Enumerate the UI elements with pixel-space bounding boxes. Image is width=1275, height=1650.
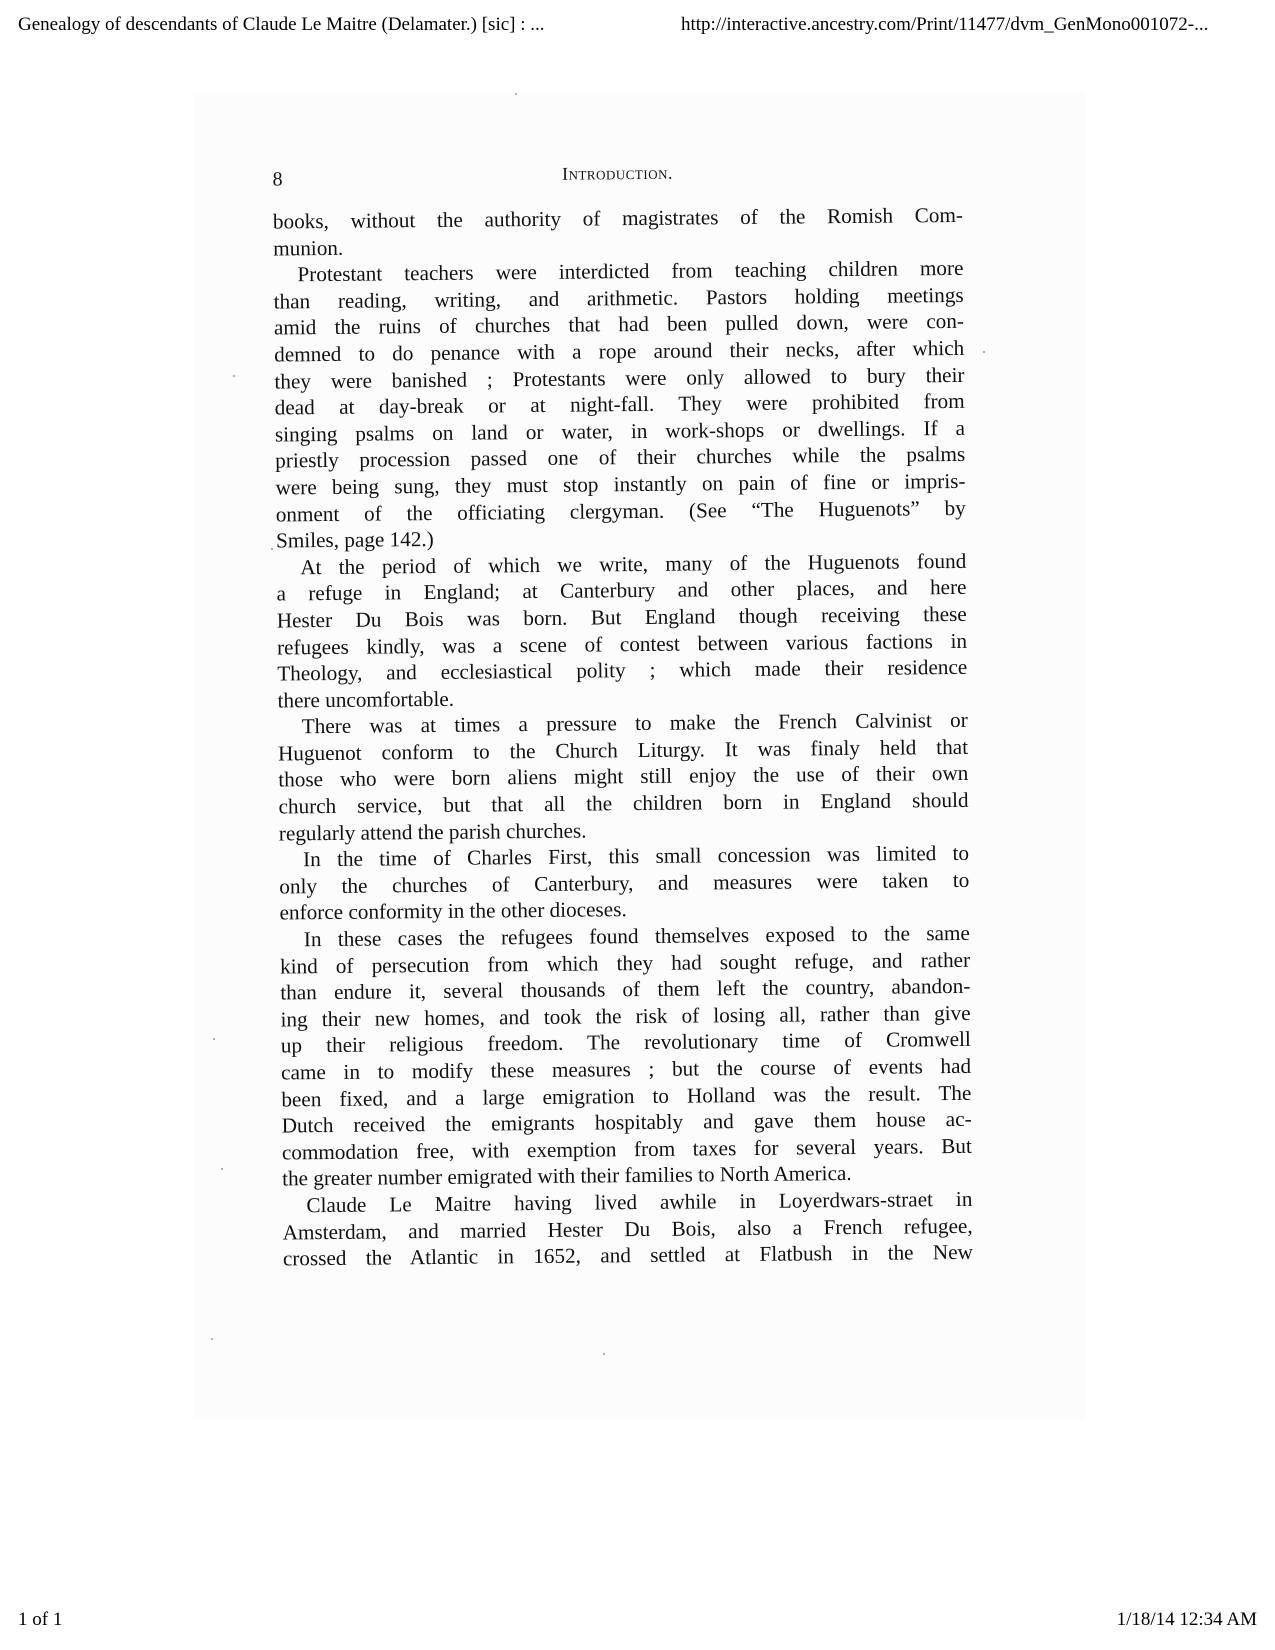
scan-speck <box>603 1353 605 1355</box>
paragraph: In these cases the refugees found themse… <box>280 920 973 1193</box>
scan-speck <box>515 93 517 95</box>
print-datetime: 1/18/14 12:34 AM <box>1117 1609 1257 1631</box>
paragraph: Claude Le Maitre having lived awhile in … <box>282 1186 973 1272</box>
paragraph: Protestant teachers were interdicted fro… <box>273 255 966 554</box>
source-url: http://interactive.ancestry.com/Print/11… <box>681 14 1208 36</box>
scanned-page-content: 8 Introduction. books, without the autho… <box>192 89 1097 1425</box>
page-count: 1 of 1 <box>18 1609 62 1631</box>
text-line: crossed the Atlantic in 1652, and settle… <box>283 1239 973 1272</box>
scan-speck <box>211 1338 213 1340</box>
scan-speck <box>213 1038 215 1040</box>
scan-speck <box>983 351 985 353</box>
section-title: Introduction. <box>272 160 962 188</box>
scan-speck <box>221 1168 223 1170</box>
scan-speck <box>271 548 273 550</box>
document-title: Genealogy of descendants of Claude Le Ma… <box>18 14 545 36</box>
paragraph: At the period of which we write, many of… <box>276 548 967 714</box>
print-header: Genealogy of descendants of Claude Le Ma… <box>18 14 1257 38</box>
scan-speck <box>233 375 235 377</box>
scanned-page: 8 Introduction. books, without the autho… <box>193 93 1085 1420</box>
print-footer: 1 of 1 1/18/14 12:34 AM <box>18 1609 1257 1633</box>
paragraph: There was at times a pressure to make th… <box>278 707 969 847</box>
body-text: books, without the authority of magistra… <box>273 202 973 1272</box>
running-head: 8 Introduction. <box>272 160 962 197</box>
paragraph: In the time of Charles First, this small… <box>279 840 970 926</box>
paragraph: books, without the authority of magistra… <box>273 202 963 262</box>
